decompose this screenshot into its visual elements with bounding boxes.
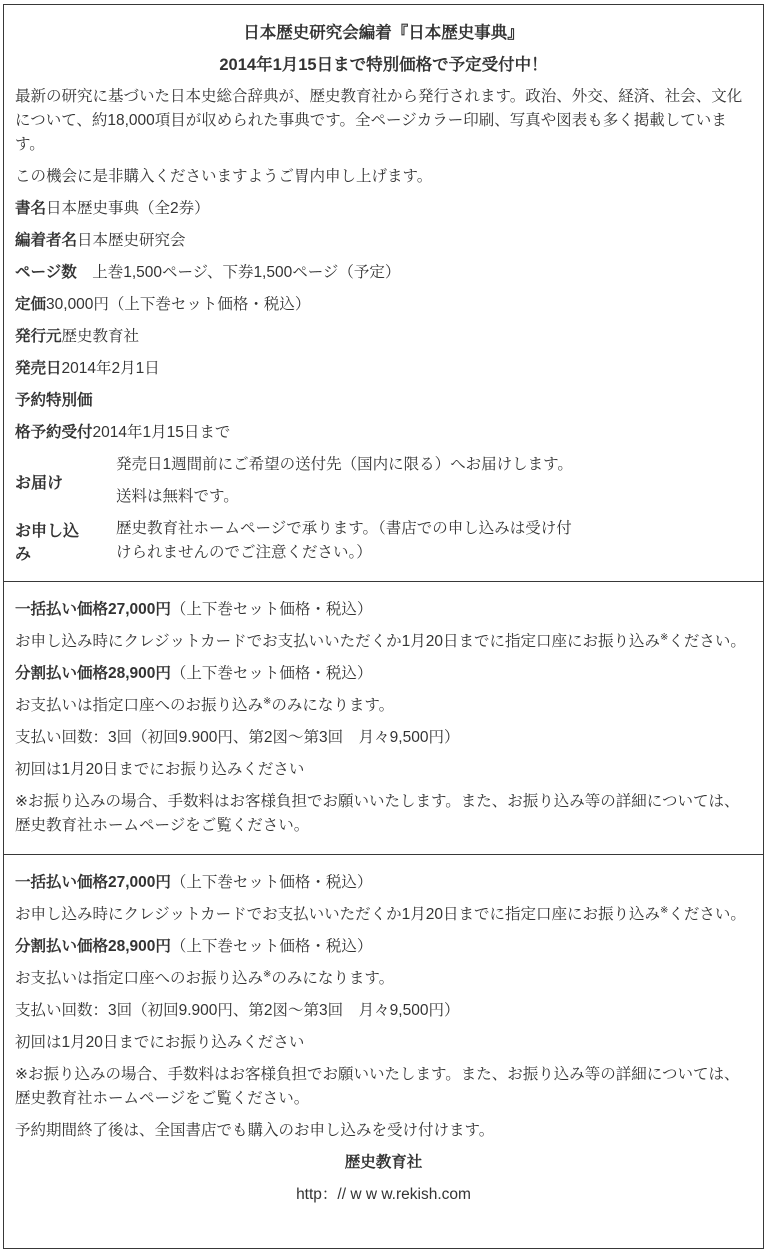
detail-label: 発行元	[15, 328, 62, 345]
detail-value: 日本歴史研究会	[77, 232, 186, 249]
detail-value: 歴史教育社	[62, 328, 140, 345]
order-row: お申し込み 歴史教育社ホームページで承ります。（書店での申し込みは受け付けられま…	[15, 517, 752, 565]
installment-price-heading: 分割払い価格28,900円（上下巻セット価格・税込）	[15, 935, 752, 959]
detail-line-reservation: 格予約受付2014年1月15日まで	[15, 421, 752, 445]
order-content: 歴史教育社ホームページで承ります。（書店での申し込みは受け付けられませんのでご注…	[116, 517, 578, 565]
delivery-shipping-text: 送料は無料です。	[116, 485, 578, 509]
campaign-subtitle: 2014年1月15日まで特別価格で予定受付中！	[15, 53, 752, 77]
page-title: 日本歴史研究会編着『日本歴史事典』	[15, 21, 752, 45]
payment-section-2: 一括払い価格27,000円（上下巻セット価格・税込） お申し込み時にクレジットカ…	[4, 854, 763, 1223]
lump-price-note: お申し込み時にクレジットカードでお支払いいただくか1月20日までに指定口座にお振…	[15, 903, 752, 927]
closing-note: 予約期間終了後は、全国書店でも購入のお申し込みを受け付けます。	[15, 1119, 752, 1143]
detail-label: 格予約受付	[15, 424, 93, 441]
detail-label: 発売日	[15, 360, 62, 377]
detail-line-editor: 編着者名日本歴史研究会	[15, 229, 752, 253]
order-text: 歴史教育社ホームページで承ります。（書店での申し込みは受け付けられませんのでご注…	[116, 517, 578, 565]
detail-line-book-name: 書名日本歴史事典（全2券）	[15, 197, 752, 221]
first-payment-line: 初回は1月20日までにお振り込みください	[15, 758, 752, 782]
installment-note: お支払いは指定口座へのお振り込み※のみになります。	[15, 694, 752, 718]
lump-price-heading: 一括払い価格27,000円（上下巻セット価格・税込）	[15, 598, 752, 622]
transfer-footnote: ※お振り込みの場合、手数料はお客様負担でお願いいたします。また、お振り込み等の詳…	[15, 790, 752, 838]
delivery-label: お届け	[15, 470, 87, 493]
detail-line-special-price: 予約特別価	[15, 389, 752, 413]
document-box: 日本歴史研究会編着『日本歴史事典』 2014年1月15日まで特別価格で予定受付中…	[3, 4, 764, 1249]
order-label: お申し込み	[15, 518, 87, 564]
detail-label: 書名	[15, 200, 46, 217]
detail-line-publisher: 発行元歴史教育社	[15, 325, 752, 349]
payment-count-line: 支払い回数：3回（初回9.900円、第2図～第3回 月々9,500円）	[15, 999, 752, 1023]
book-info-section: 日本歴史研究会編着『日本歴史事典』 2014年1月15日まで特別価格で予定受付中…	[4, 5, 763, 581]
intro-paragraph: 最新の研究に基づいた日本史総合辞典が、歴史教育社から発行されます。政治、外交、経…	[15, 85, 752, 157]
delivery-content: 発売日1週間前にご希望の送付先（国内に限る）へお届けします。 送料は無料です。	[116, 453, 578, 509]
publisher-url: http：// w w w.rekish.com	[15, 1183, 752, 1207]
lump-price-note: お申し込み時にクレジットカードでお支払いいただくか1月20日までに指定口座にお振…	[15, 630, 752, 654]
detail-value: 30,000円（上下巻セット価格・税込）	[46, 296, 310, 313]
publisher-name: 歴史教育社	[15, 1151, 752, 1175]
first-payment-line: 初回は1月20日までにお振り込みください	[15, 1031, 752, 1055]
payment-count-line: 支払い回数：3回（初回9.900円、第2図～第3回 月々9,500円）	[15, 726, 752, 750]
detail-line-list-price: 定価30,000円（上下巻セット価格・税込）	[15, 293, 752, 317]
detail-line-release-date: 発売日2014年2月1日	[15, 357, 752, 381]
installment-note: お支払いは指定口座へのお振り込み※のみになります。	[15, 967, 752, 991]
detail-label: 編着者名	[15, 232, 77, 249]
invitation-paragraph: この機会に是非購入くださいますようご胃内申し上げます。	[15, 165, 752, 189]
payment-section-1: 一括払い価格27,000円（上下巻セット価格・税込） お申し込み時にクレジットカ…	[4, 581, 763, 854]
detail-label: ページ数	[15, 264, 77, 281]
detail-value: 2014年2月1日	[62, 360, 160, 377]
detail-label: 予約特別価	[15, 392, 93, 409]
lump-price-heading: 一括払い価格27,000円（上下巻セット価格・税込）	[15, 871, 752, 895]
detail-line-pages: ページ数 上巻1,500ページ、下券1,500ページ（予定）	[15, 261, 752, 285]
installment-price-heading: 分割払い価格28,900円（上下巻セット価格・税込）	[15, 662, 752, 686]
delivery-row: お届け 発売日1週間前にご希望の送付先（国内に限る）へお届けします。 送料は無料…	[15, 453, 752, 509]
detail-value: 2014年1月15日まで	[93, 424, 231, 441]
detail-value: 日本歴史事典（全2券）	[46, 200, 210, 217]
detail-label: 定価	[15, 296, 46, 313]
delivery-text: 発売日1週間前にご希望の送付先（国内に限る）へお届けします。	[116, 453, 578, 477]
transfer-footnote: ※お振り込みの場合、手数料はお客様負担でお願いいたします。また、お振り込み等の詳…	[15, 1063, 752, 1111]
detail-value: 上巻1,500ページ、下券1,500ページ（予定）	[77, 264, 401, 281]
